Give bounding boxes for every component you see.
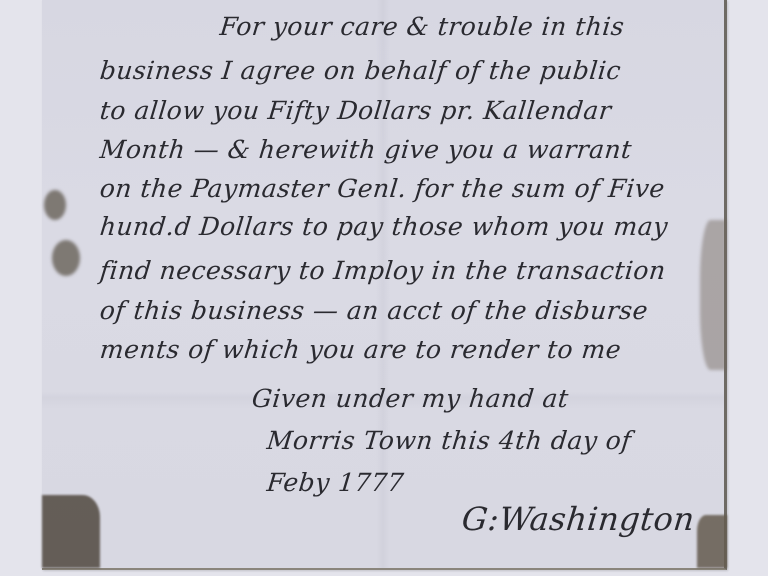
letter-line: hund.d Dollars to pay those whom you may — [98, 212, 669, 241]
letter-paper: For your care & trouble in this business… — [42, 0, 727, 570]
ink-stain — [44, 190, 66, 220]
letter-line: business I agree on behalf of the public — [98, 56, 622, 85]
ink-stain — [52, 240, 80, 276]
letter-line: on the Paymaster Genl. for the sum of Fi… — [98, 174, 666, 203]
letter-line: Feby 1777 — [265, 468, 405, 497]
corner-stain — [697, 515, 727, 568]
edge-stain — [700, 220, 726, 370]
letter-line: find necessary to Imploy in the transact… — [98, 256, 667, 285]
letter-line: to allow you Fifty Dollars pr. Kallendar — [98, 96, 612, 125]
letter-line: of this business — an acct of the disbur… — [98, 296, 649, 325]
letter-line: Morris Town this 4th day of — [265, 426, 632, 455]
letter-line: For your care & trouble in this — [218, 12, 625, 41]
letter-line: Given under my hand at — [250, 384, 570, 413]
letter-line: Month — & herewith give you a warrant — [98, 135, 633, 164]
corner-stain — [42, 495, 100, 568]
letter-line: ments of which you are to render to me — [98, 335, 622, 364]
signature: G:Washington — [460, 500, 697, 538]
